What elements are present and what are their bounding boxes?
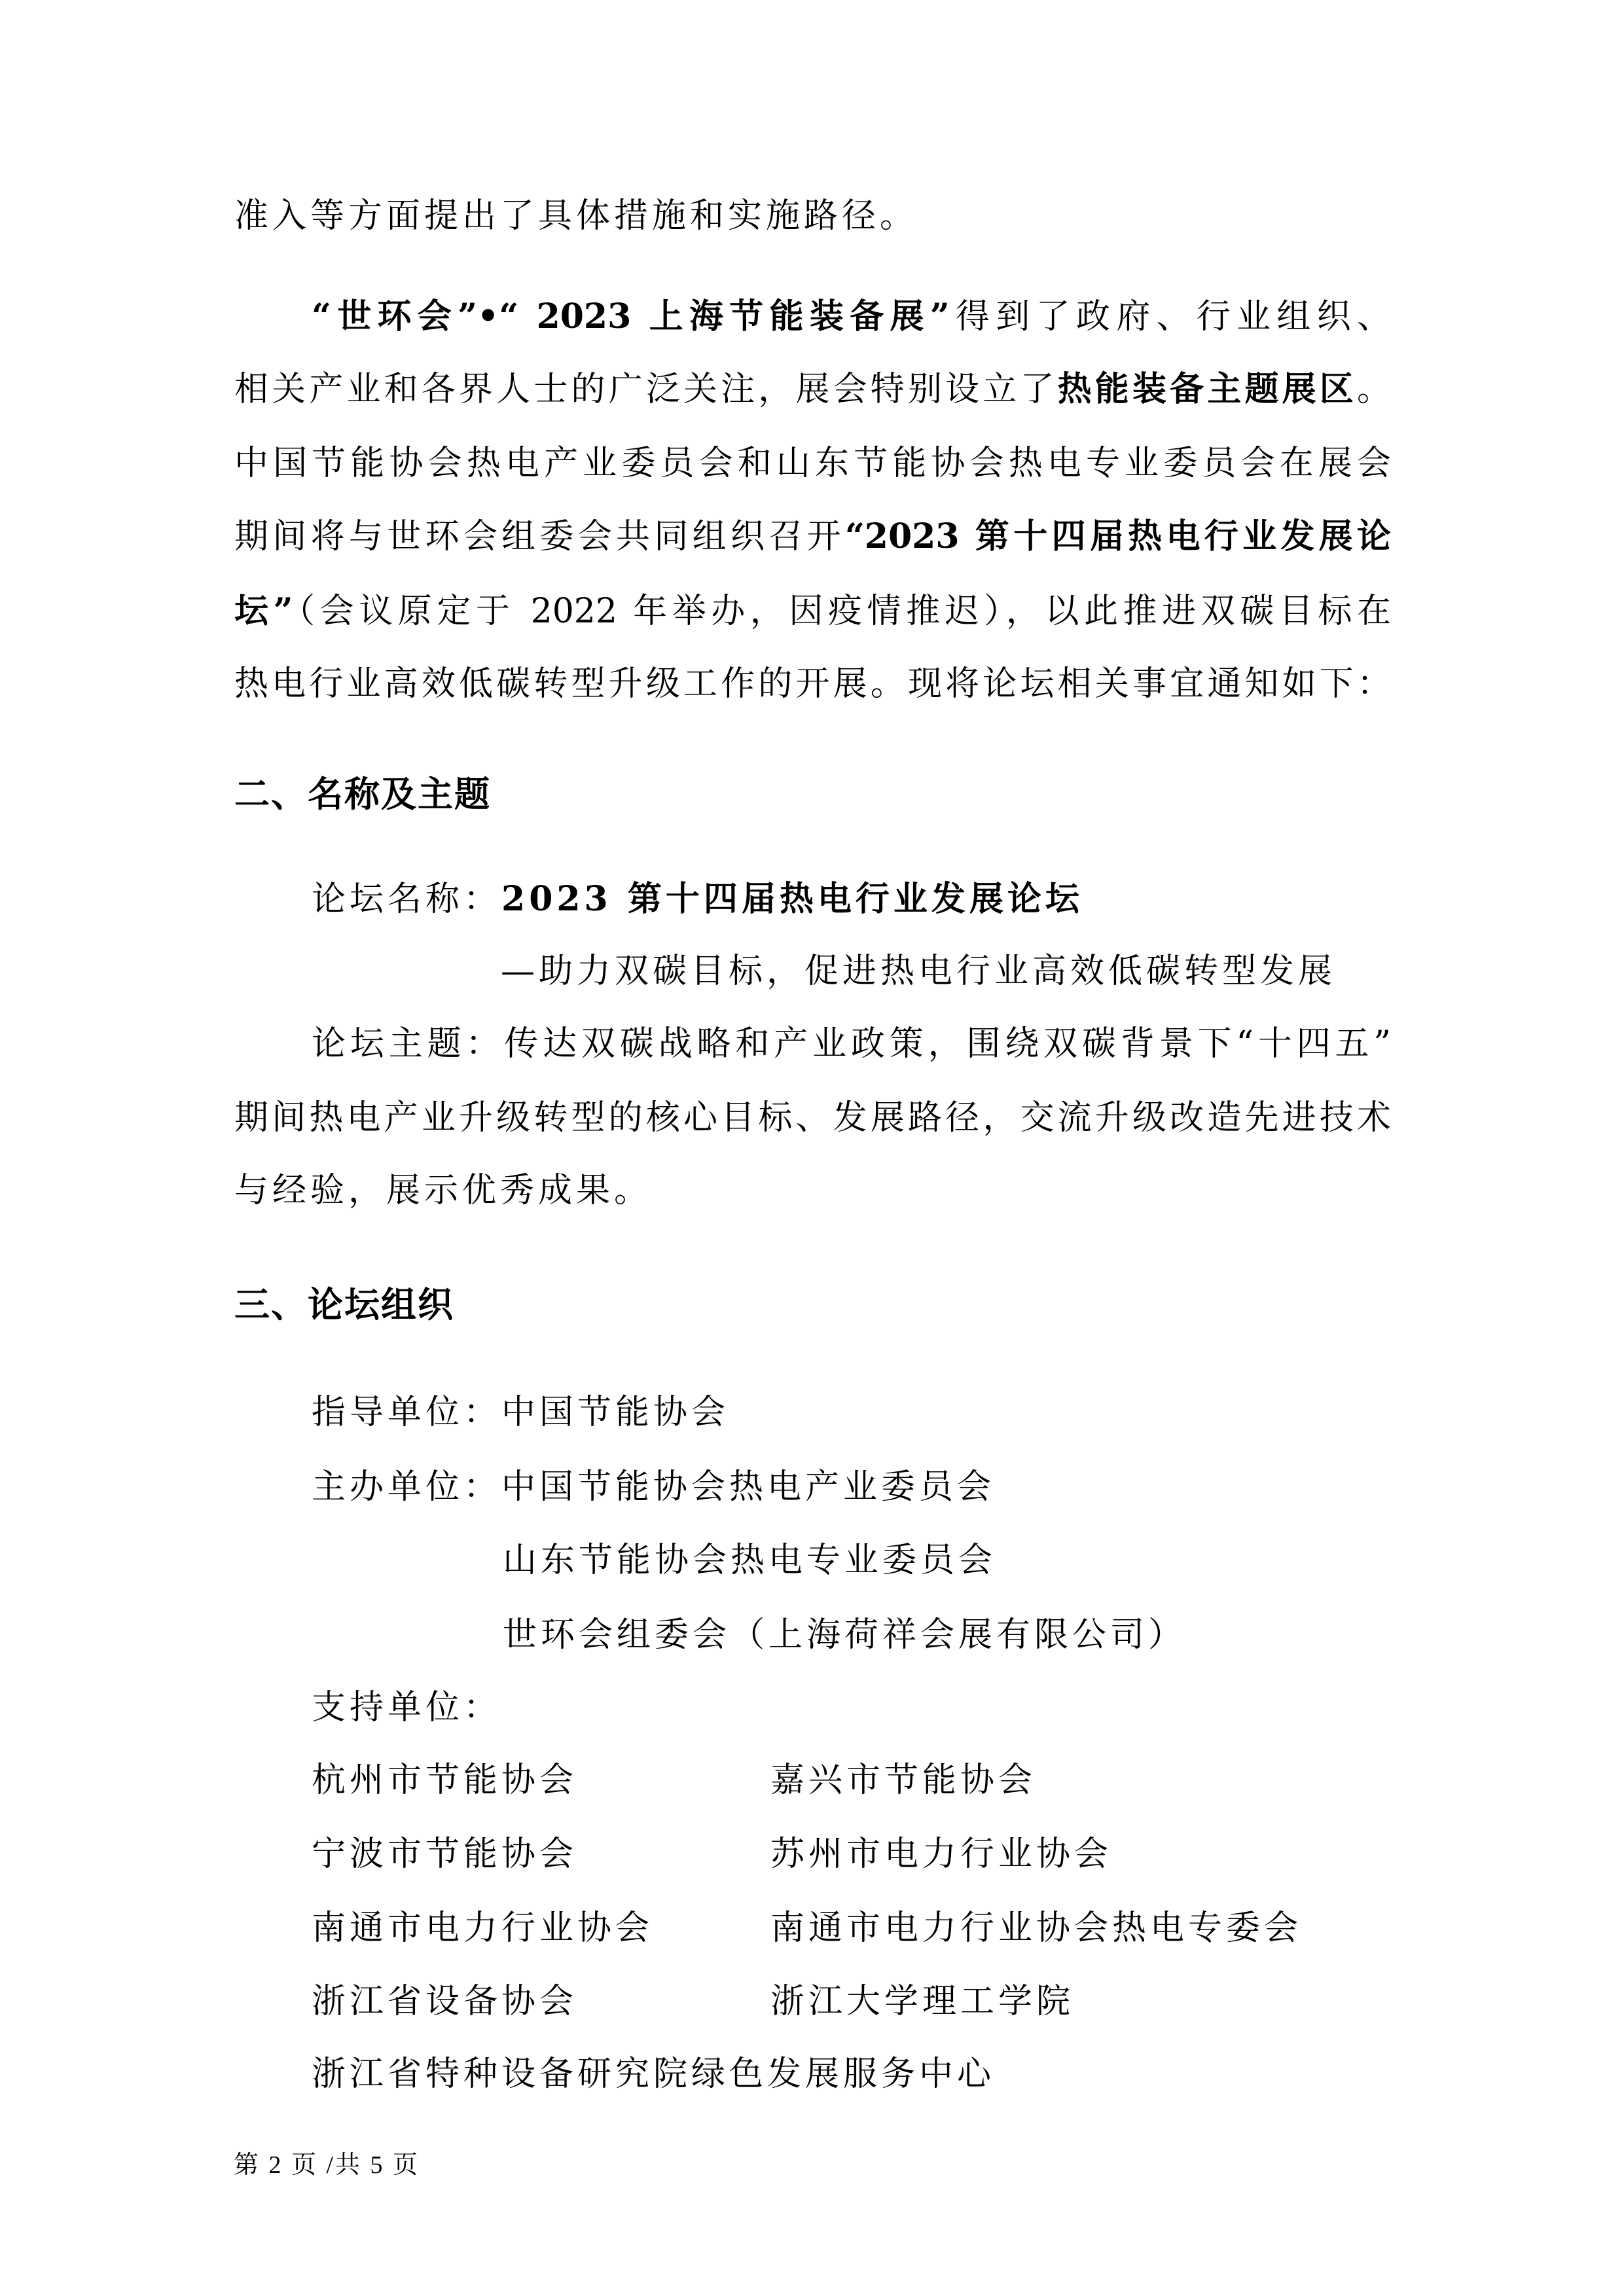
intro-paragraph-tail: 准入等方面提出了具体措施和实施路径。: [234, 195, 918, 237]
support-unit: 苏州市电力行业协会: [770, 1833, 1112, 1875]
expo-paragraph-line-5: 坛”（会议原定于 2022 年举办，因疫情推迟），以此推进双碳目标在: [234, 590, 1391, 632]
expo-paragraph-line-1: “世环会”•“ 2023 上海节能装备展”得到了政府、行业组织、: [312, 296, 1391, 338]
host-unit-2: 山东节能协会热电专业委员会: [503, 1539, 996, 1581]
thermal-equipment-zone-bold: 热能装备主题展区: [1058, 369, 1357, 409]
support-unit: 南通市电力行业协会热电专委会: [770, 1907, 1302, 1949]
host-unit-1: 中国节能协会热电产业委员会: [501, 1467, 995, 1507]
section-heading-forum-organization: 三、论坛组织: [234, 1284, 454, 1326]
support-unit: 浙江省特种设备研究院绿色发展服务中心: [312, 2053, 995, 2095]
expo-line4-text: 期间将与世环会组委会共同组织召开: [234, 517, 845, 556]
expo-paragraph-line-2: 相关产业和各界人士的广泛关注，展会特别设立了热能装备主题展区。: [234, 368, 1391, 410]
forum-theme-line-1: 论坛主题：传达双碳战略和产业政策，围绕双碳背景下“十四五”: [312, 1023, 1391, 1065]
support-unit: 浙江大学理工学院: [770, 1981, 1074, 2022]
forum-name-value: 2023 第十四届热电行业发展论坛: [501, 879, 1083, 919]
guiding-unit-label: 指导单位：: [312, 1393, 501, 1432]
host-units-row: 主办单位：中国节能协会热电产业委员会: [312, 1466, 995, 1508]
forum-subtitle: —助力双碳目标，促进热电行业高效低碳转型发展: [501, 950, 1336, 992]
support-unit: 南通市电力行业协会: [312, 1907, 653, 1949]
forum-name-label: 论坛名称：: [312, 880, 501, 919]
forum-theme-line-3: 与经验，展示优秀成果。: [234, 1170, 652, 1211]
forum-title-bold: “2023 第十四届热电行业发展论: [845, 516, 1391, 556]
expo-paragraph-line-6: 热电行业高效低碳转型升级工作的开展。现将论坛相关事宜通知如下：: [234, 663, 1391, 705]
support-unit: 浙江省设备协会: [312, 1981, 577, 2022]
document-page: 准入等方面提出了具体措施和实施路径。 “世环会”•“ 2023 上海节能装备展”…: [0, 0, 1624, 2296]
expo-line5-text: （会议原定于 2022 年举办，因疫情推迟），以此推进双碳目标在: [293, 592, 1392, 631]
support-units-label: 支持单位：: [312, 1687, 501, 1729]
guiding-unit-value: 中国节能协会: [501, 1393, 729, 1432]
host-unit-3: 世环会组委会（上海荷祥会展有限公司）: [503, 1614, 1186, 1656]
expo-name-bold: “世环会”•“ 2023 上海节能装备展”: [312, 296, 950, 336]
host-units-label: 主办单位：: [312, 1467, 501, 1507]
expo-line2-end: 。: [1357, 370, 1391, 409]
forum-theme-line-2: 期间热电产业升级转型的核心目标、发展路径，交流升级改造先进技术: [234, 1097, 1391, 1139]
expo-paragraph-line-4: 期间将与世环会组委会共同组织召开“2023 第十四届热电行业发展论: [234, 516, 1391, 558]
support-unit: 杭州市节能协会: [312, 1759, 577, 1801]
expo-line2-text: 相关产业和各界人士的广泛关注，展会特别设立了: [234, 370, 1058, 409]
expo-paragraph-line-3: 中国节能协会热电产业委员会和山东节能协会热电专业委员会在展会: [234, 442, 1391, 484]
support-unit: 宁波市节能协会: [312, 1833, 577, 1875]
expo-line1-text: 得到了政府、行业组织、: [950, 297, 1391, 336]
forum-title-bold-end: 坛”: [234, 591, 293, 631]
forum-name-row: 论坛名称：2023 第十四届热电行业发展论坛: [312, 878, 1083, 920]
guiding-unit-row: 指导单位：中国节能协会: [312, 1391, 729, 1433]
section-heading-name-and-theme: 二、名称及主题: [234, 774, 491, 816]
support-unit: 嘉兴市节能协会: [770, 1759, 1036, 1801]
page-number-footer: 第 2 页 /共 5 页: [234, 2149, 420, 2181]
